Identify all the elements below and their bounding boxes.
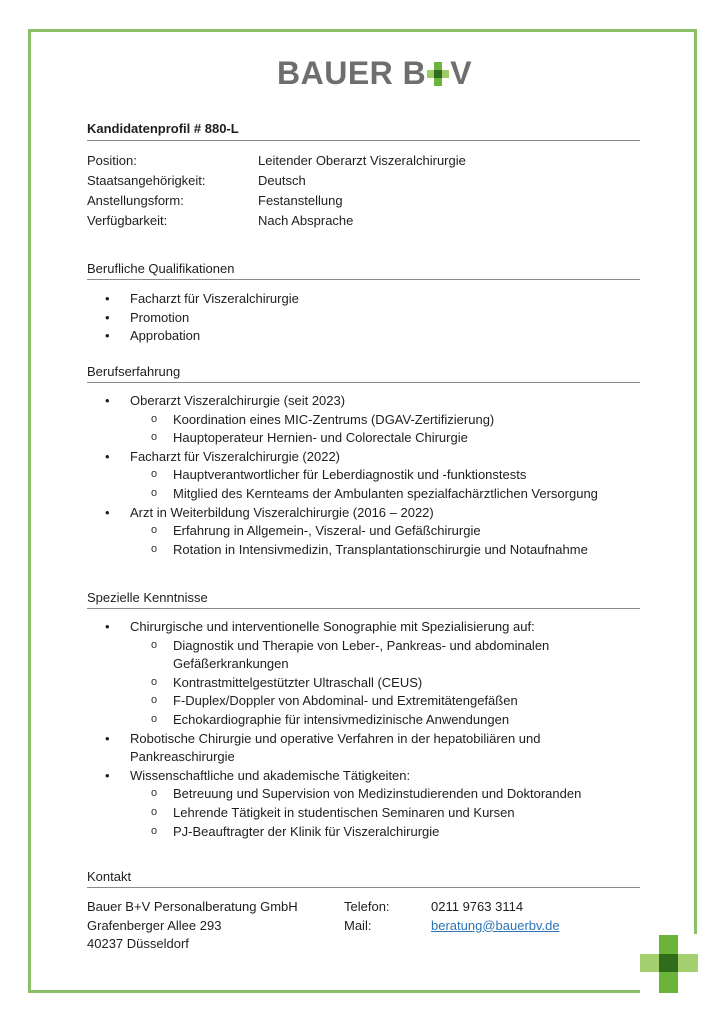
sub-list-item: Echokardiographie für intensivmedizinisc…: [87, 711, 640, 730]
sub-list-item: Erfahrung in Allgemein-, Viszeral- und G…: [87, 522, 640, 541]
field-value: Festanstellung: [258, 191, 343, 211]
experience-list: Oberarzt Viszeralchirurgie (seit 2023) K…: [87, 392, 640, 559]
city-address: 40237 Düsseldorf: [87, 935, 298, 954]
field-value: Nach Absprache: [258, 211, 353, 231]
field-value: Deutsch: [258, 171, 306, 191]
field-label: Anstellungsform:: [87, 191, 184, 211]
sub-list-item: Hauptoperateur Hernien- und Colorectale …: [87, 429, 640, 448]
company-name: Bauer B+V Personalberatung GmbH: [87, 898, 298, 917]
divider: [87, 140, 640, 141]
sub-list-item: Mitglied des Kernteams der Ambulanten sp…: [87, 485, 640, 504]
mail-link[interactable]: beratung@bauerbv.de: [431, 918, 560, 933]
frame-border-top: [28, 29, 697, 32]
skills-heading: Spezielle Kenntnisse: [87, 590, 208, 605]
contact-heading: Kontakt: [87, 869, 131, 884]
profile-title: Kandidatenprofil # 880-L: [87, 121, 239, 136]
phone-label: Telefon:: [344, 898, 390, 917]
sub-list-item: Hauptverantwortlicher für Leberdiagnosti…: [87, 466, 640, 485]
logo-text-right: V: [450, 55, 472, 91]
list-item: Facharzt für Viszeralchirurgie (2022): [87, 448, 640, 467]
divider: [87, 382, 640, 383]
sub-list-item: PJ-Beauftragter der Klinik für Viszeralc…: [87, 823, 640, 842]
sub-list-item: F-Duplex/Doppler von Abdominal- und Extr…: [87, 692, 640, 711]
qualifications-list: Facharzt für Viszeralchirurgie Promotion…: [87, 290, 640, 346]
list-item: Arzt in Weiterbildung Viszeralchirurgie …: [87, 504, 640, 523]
sub-list-item: Koordination eines MIC-Zentrums (DGAV-Ze…: [87, 411, 640, 430]
list-item: Wissenschaftliche und akademische Tätigk…: [87, 767, 640, 786]
sub-list-item: Diagnostik und Therapie von Leber-, Pank…: [87, 637, 640, 674]
logo-text-left: BAUER B: [277, 55, 426, 91]
sub-list-item: Lehrende Tätigkeit in studentischen Semi…: [87, 804, 640, 823]
contact-address: Bauer B+V Personalberatung GmbH Grafenbe…: [87, 898, 298, 954]
field-label: Position:: [87, 151, 137, 171]
divider: [87, 887, 640, 888]
contact-values: 0211 9763 3114 beratung@bauerbv.de: [431, 898, 560, 935]
experience-heading: Berufserfahrung: [87, 364, 180, 379]
divider: [87, 608, 640, 609]
field-label: Verfügbarkeit:: [87, 211, 167, 231]
frame-border-left: [28, 29, 31, 993]
frame-border-right: [694, 29, 697, 934]
decorative-cross-icon: [640, 935, 698, 993]
qualifications-heading: Berufliche Qualifikationen: [87, 261, 234, 276]
field-label: Staatsangehörigkeit:: [87, 171, 206, 191]
list-item: Chirurgische und interventionelle Sonogr…: [87, 618, 640, 637]
sub-list-item: Kontrastmittelgestützter Ultraschall (CE…: [87, 674, 640, 693]
divider: [87, 279, 640, 280]
plus-cross-icon: [427, 62, 449, 86]
phone-number: 0211 9763 3114: [431, 898, 560, 917]
list-item: Promotion: [87, 309, 640, 328]
contact-labels: Telefon: Mail:: [344, 898, 390, 935]
list-item: Approbation: [87, 327, 640, 346]
sub-list-item: Rotation in Intensivmedizin, Transplanta…: [87, 541, 640, 560]
frame-border-bottom: [28, 990, 640, 993]
company-logo: BAUER BV: [277, 55, 472, 91]
list-item: Facharzt für Viszeralchirurgie: [87, 290, 640, 309]
list-item: Robotische Chirurgie und operative Verfa…: [87, 730, 640, 767]
skills-list: Chirurgische und interventionelle Sonogr…: [87, 618, 640, 841]
mail-label: Mail:: [344, 917, 390, 936]
street-address: Grafenberger Allee 293: [87, 917, 298, 936]
list-item: Oberarzt Viszeralchirurgie (seit 2023): [87, 392, 640, 411]
sub-list-item: Betreuung und Supervision von Medizinstu…: [87, 785, 640, 804]
field-value: Leitender Oberarzt Viszeralchirurgie: [258, 151, 466, 171]
